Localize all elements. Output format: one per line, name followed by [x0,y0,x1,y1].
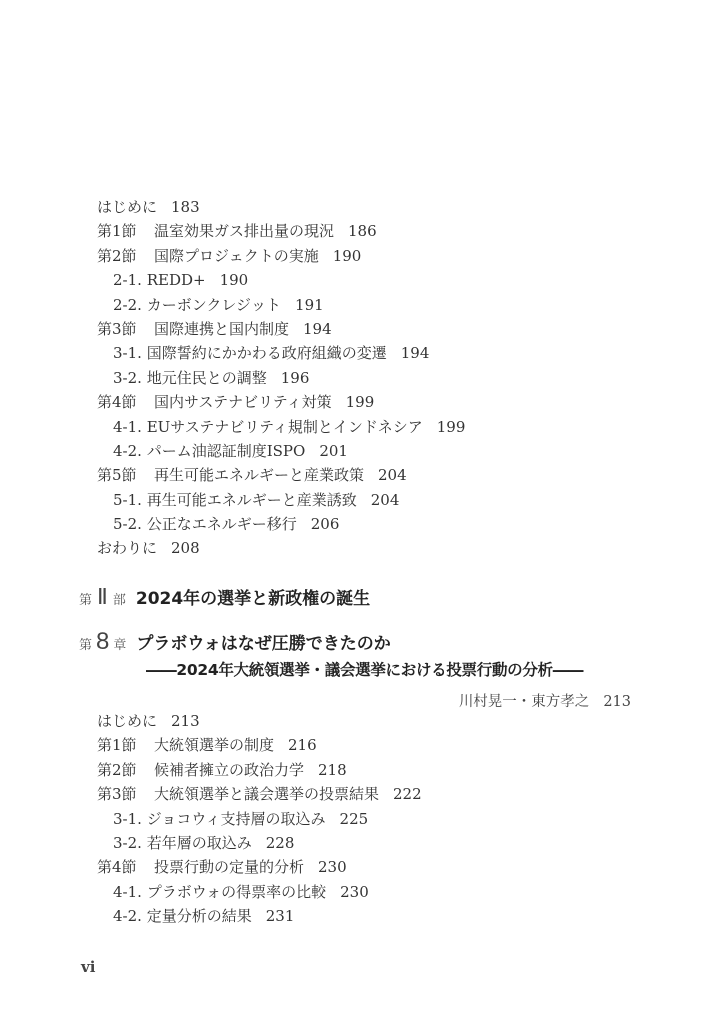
toc-entry-page: 208 [171,539,200,557]
toc-entry-page: 194 [303,320,332,338]
toc-subsection-entry: 4-2. 定量分析の結果231 [97,904,657,928]
toc-entry-page: 230 [340,883,369,901]
toc-entry-title: 国際連携と国内制度 [154,320,289,338]
toc-entry-title: 地元住民との調整 [147,369,267,387]
toc-entry-title: ジョコウィ支持層の取込み [147,810,326,828]
toc-entry-title: REDD+ [147,271,206,289]
toc-entry-title: 公正なエネルギー移行 [147,515,297,533]
toc-entry-number: 第2節 [97,758,154,782]
toc-entry-title: はじめに [97,198,157,216]
toc-entry-page: 191 [295,296,324,314]
toc-entry-page: 228 [266,834,295,852]
toc-entry-page: 190 [333,247,362,265]
toc-entry-number: 第3節 [97,782,154,806]
toc-entry-number: 4-2. [113,439,142,463]
toc-section-entry: 第1節大統領選挙の制度216 [97,733,657,757]
toc-entry-title: 大統領選挙と議会選挙の投票結果 [154,785,379,803]
toc-section-entry: 第1節温室効果ガス排出量の現況186 [97,219,657,243]
toc-entry-page: 204 [378,466,407,484]
toc-entry-title: はじめに [97,712,157,730]
toc-section-entry: 第5節再生可能エネルギーと産業政策204 [97,463,657,487]
toc-entry-title: 定量分析の結果 [147,907,252,925]
toc-entry-number: 4-1. [113,415,142,439]
toc-subsection-entry: 3-2. 若年層の取込み228 [97,831,657,855]
toc-entry-number: 第2節 [97,244,154,268]
toc-entry-number: 3-2. [113,831,142,855]
toc-entry-page: 218 [318,761,347,779]
toc-entry-number: 3-1. [113,341,142,365]
chapter-page-number: 213 [603,694,631,710]
toc-entry-number: 第5節 [97,463,154,487]
toc-entry-number: 4-1. [113,880,142,904]
toc-entry-title: 国際誓約にかかわる政府組織の変遷 [147,344,387,362]
toc-entry-page: 190 [220,271,249,289]
toc-entry-page: 186 [348,222,377,240]
toc-section-entry: 第4節投票行動の定量的分析230 [97,855,657,879]
part-suffix: 部 [113,589,126,608]
toc-entry-title: 大統領選挙の制度 [154,736,274,754]
toc-page: はじめに183第1節温室効果ガス排出量の現況186第2節国際プロジェクトの実施1… [0,0,713,1014]
toc-entry-title: 候補者擁立の政治力学 [154,761,304,779]
toc-section-entry: 第2節候補者擁立の政治力学218 [97,758,657,782]
toc-entry-number: 3-2. [113,366,142,390]
toc-section-entry: 第2節国際プロジェクトの実施190 [97,244,657,268]
chapter-suffix: 章 [113,634,126,653]
toc-entry-number: 2-1. [113,268,142,292]
toc-entry-page: 225 [340,810,369,828]
chapter-heading: 第 8 章 プラボウォはなぜ圧勝できたのか ――2024年大統領選挙・議会選挙に… [79,628,391,656]
toc-entry-number: 第4節 [97,855,154,879]
toc-subsection-entry: 5-2. 公正なエネルギー移行206 [97,512,657,536]
toc-subsection-entry: 4-2. パーム油認証制度ISPO201 [97,439,657,463]
chapter-subtitle: ――2024年大統領選挙・議会選挙における投票行動の分析―― [146,658,583,680]
toc-entry-page: 231 [266,907,295,925]
part-prefix: 第 [79,589,92,608]
toc-entry-page: 230 [318,858,347,876]
previous-chapter-toc: はじめに183第1節温室効果ガス排出量の現況186第2節国際プロジェクトの実施1… [97,195,657,561]
toc-entry-title: プラボウォの得票率の比較 [147,883,326,901]
toc-entry-number: 4-2. [113,904,142,928]
toc-entry-page: 183 [171,198,200,216]
part-heading: 第 Ⅱ 部 2024年の選挙と新政権の誕生 [79,584,370,610]
toc-entry-number: 3-1. [113,807,142,831]
toc-section-entry: 第4節国内サステナビリティ対策199 [97,390,657,414]
toc-entry-title: EUサステナビリティ規制とインドネシア [147,418,423,436]
toc-entry-number: 5-1. [113,488,142,512]
toc-entry-title: パーム油認証制度ISPO [147,442,306,460]
chapter-author-line: 川村晃一・東方孝之213 [459,690,631,711]
toc-entry-page: 196 [281,369,310,387]
toc-entry-page: 213 [171,712,200,730]
toc-entry-page: 199 [346,393,375,411]
toc-entry-title: 若年層の取込み [147,834,252,852]
toc-subsection-entry: 4-1. プラボウォの得票率の比較230 [97,880,657,904]
toc-entry-title: 温室効果ガス排出量の現況 [154,222,334,240]
toc-section-entry: はじめに183 [97,195,657,219]
toc-subsection-entry: 3-1. ジョコウィ支持層の取込み225 [97,807,657,831]
toc-entry-number: 第1節 [97,219,154,243]
toc-entry-number: 5-2. [113,512,142,536]
toc-subsection-entry: 3-2. 地元住民との調整196 [97,366,657,390]
toc-entry-number: 第4節 [97,390,154,414]
toc-subsection-entry: 5-1. 再生可能エネルギーと産業誘致204 [97,488,657,512]
toc-entry-number: 第1節 [97,733,154,757]
toc-entry-title: おわりに [97,539,157,557]
toc-entry-title: 再生可能エネルギーと産業誘致 [147,491,357,509]
page-folio: vi [81,958,95,976]
toc-entry-page: 199 [437,418,466,436]
toc-entry-page: 206 [311,515,340,533]
toc-entry-title: 国内サステナビリティ対策 [154,393,332,411]
toc-entry-title: 国際プロジェクトの実施 [154,247,319,265]
chapter-toc: はじめに213第1節大統領選挙の制度216第2節候補者擁立の政治力学218第3節… [97,709,657,929]
toc-section-entry: はじめに213 [97,709,657,733]
toc-entry-title: 投票行動の定量的分析 [154,858,304,876]
part-title: 2024年の選挙と新政権の誕生 [136,584,370,609]
toc-entry-title: 再生可能エネルギーと産業政策 [154,466,364,484]
toc-entry-page: 204 [371,491,400,509]
toc-subsection-entry: 3-1. 国際誓約にかかわる政府組織の変遷194 [97,341,657,365]
toc-entry-title: カーボンクレジット [147,296,281,314]
toc-entry-page: 194 [401,344,430,362]
chapter-title: プラボウォはなぜ圧勝できたのか [136,629,390,654]
chapter-authors: 川村晃一・東方孝之 [459,694,590,710]
toc-entry-page: 201 [319,442,348,460]
toc-entry-page: 222 [393,785,422,803]
chapter-prefix: 第 [79,634,92,653]
toc-entry-number: 第3節 [97,317,154,341]
part-numeral: Ⅱ [97,584,108,610]
toc-section-entry: おわりに208 [97,536,657,560]
toc-subsection-entry: 4-1. EUサステナビリティ規制とインドネシア199 [97,415,657,439]
toc-section-entry: 第3節大統領選挙と議会選挙の投票結果222 [97,782,657,806]
toc-subsection-entry: 2-2. カーボンクレジット191 [97,293,657,317]
toc-subsection-entry: 2-1. REDD+190 [97,268,657,292]
toc-entry-page: 216 [288,736,317,754]
chapter-numeral: 8 [96,628,109,656]
toc-entry-number: 2-2. [113,293,142,317]
toc-section-entry: 第3節国際連携と国内制度194 [97,317,657,341]
